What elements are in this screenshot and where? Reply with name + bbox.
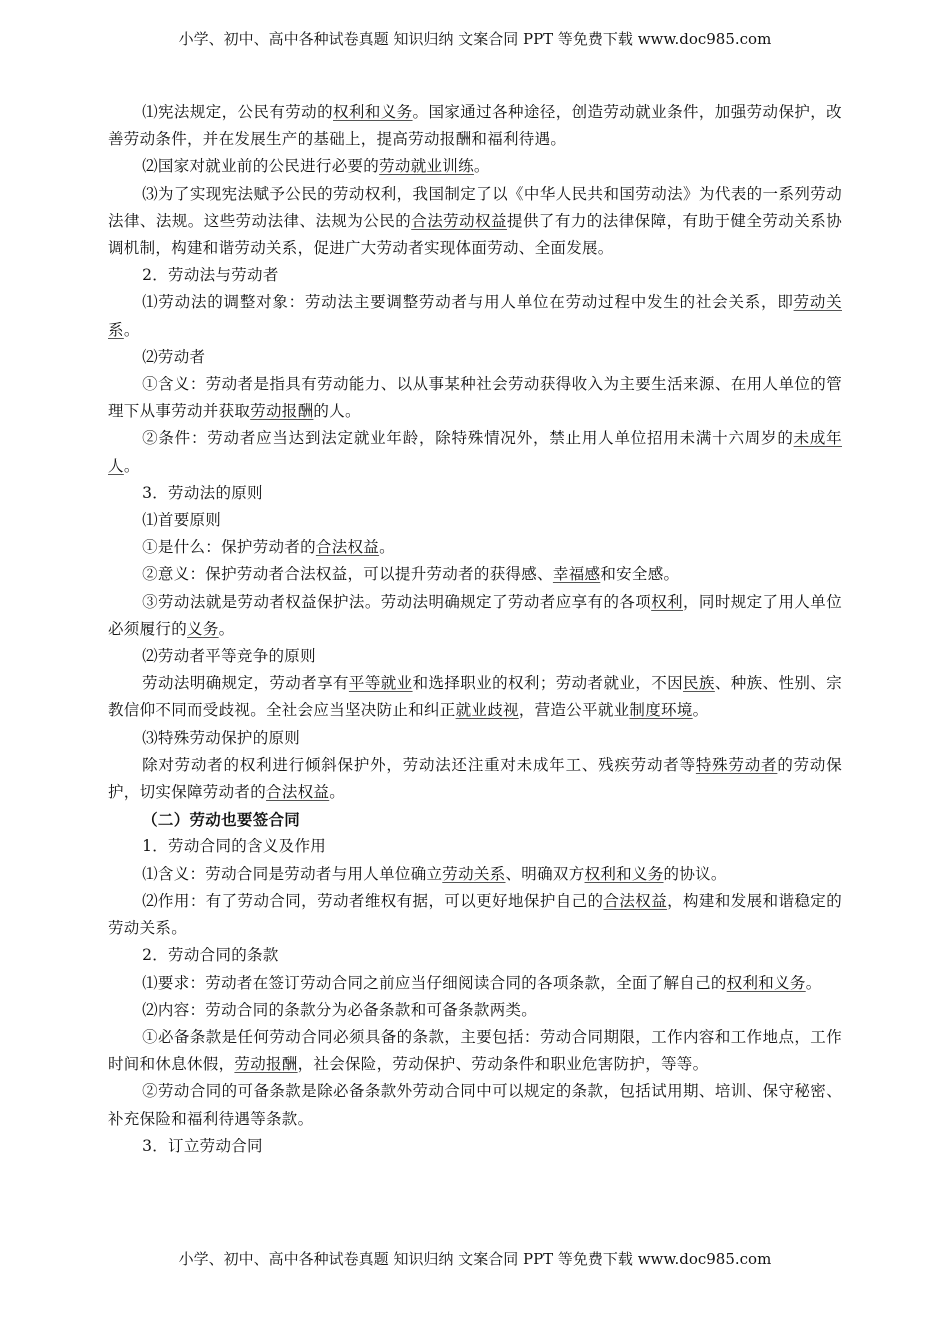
key-term: 就业歧视 <box>456 701 519 719</box>
key-term: 劳动报酬 <box>234 1055 297 1073</box>
key-term: 权利 <box>651 593 683 611</box>
paragraph: ⑴宪法规定，公民有劳动的权利和义务。国家通过各种途径，创造劳动就业条件，加强劳动… <box>108 99 842 153</box>
text-run: ①含义：劳动者是指具有劳动能力、以从事某种社会劳动获得收入为主要生活来源、在用人… <box>108 375 842 420</box>
text-run: 。 <box>693 701 709 719</box>
text-run: ②劳动合同的可备条款是除必备条款外劳动合同中可以规定的条款，包括试用期、培训、保… <box>108 1082 842 1127</box>
text-run: 。 <box>806 974 822 992</box>
page-footer: 小学、初中、高中各种试卷真题 知识归纳 文案合同 PPT 等免费下载 www.d… <box>0 1248 950 1269</box>
text-run: 和安全感。 <box>600 565 679 583</box>
paragraph: ①含义：劳动者是指具有劳动能力、以从事某种社会劳动获得收入为主要生活来源、在用人… <box>108 371 842 425</box>
text-run: ⑵内容：劳动合同的条款分为必备条款和可备条款两类。 <box>142 1001 537 1019</box>
text-run: 。 <box>124 457 140 475</box>
text-run: ⑵国家对就业前的公民进行必要的 <box>142 157 379 175</box>
text-run: 3．劳动法的原则 <box>142 484 263 502</box>
text-run: ⑴劳动法的调整对象：劳动法主要调整劳动者与用人单位在劳动过程中发生的社会关系，即 <box>142 293 794 311</box>
section-heading: （二）劳动也要签合同 <box>108 806 842 833</box>
key-term: 劳动报酬 <box>250 402 313 420</box>
paragraph: ②意义：保护劳动者合法权益，可以提升劳动者的获得感、幸福感和安全感。 <box>108 561 842 588</box>
key-term: 平等就业 <box>349 674 413 692</box>
paragraph: ⑵劳动者 <box>108 344 842 371</box>
text-run: ③劳动法就是劳动者权益保护法。劳动法明确规定了劳动者应享有的各项 <box>142 593 651 611</box>
key-term: 权利和义务 <box>727 974 806 992</box>
text-run: 、明确双方 <box>506 865 585 883</box>
key-term: 劳动关系 <box>442 865 505 883</box>
key-term: 幸福感 <box>553 565 600 583</box>
paragraph: ①是什么：保护劳动者的合法权益。 <box>108 534 842 561</box>
text-run: 3．订立劳动合同 <box>142 1137 263 1155</box>
paragraph: 1．劳动合同的含义及作用 <box>108 833 842 860</box>
paragraph: ③劳动法就是劳动者权益保护法。劳动法明确规定了劳动者应享有的各项权利，同时规定了… <box>108 589 842 643</box>
text-run: 。 <box>219 620 235 638</box>
paragraph: 3．订立劳动合同 <box>108 1133 842 1160</box>
text-run: ②意义：保护劳动者合法权益，可以提升劳动者的获得感、 <box>142 565 553 583</box>
text-run: ⑵作用：有了劳动合同，劳动者维权有据，可以更好地保护自己的 <box>142 892 603 910</box>
text-run: ⑵劳动者 <box>142 348 205 366</box>
text-run: ①是什么：保护劳动者的 <box>142 538 316 556</box>
key-term: 权利和义务 <box>585 865 664 883</box>
paragraph: ①必备条款是任何劳动合同必须具备的条款，主要包括：劳动合同期限，工作内容和工作地… <box>108 1024 842 1078</box>
text-run: 2．劳动合同的条款 <box>142 946 279 964</box>
paragraph: 除对劳动者的权利进行倾斜保护外，劳动法还注重对未成年工、残疾劳动者等特殊劳动者的… <box>108 752 842 806</box>
paragraph: 劳动法明确规定，劳动者享有平等就业和选择职业的权利；劳动者就业，不因民族、种族、… <box>108 670 842 724</box>
key-term: 劳动就业训练 <box>379 157 474 175</box>
text-run: （二）劳动也要签合同 <box>142 810 300 829</box>
text-run: ⑴含义：劳动合同是劳动者与用人单位确立 <box>142 865 442 883</box>
document-body: ⑴宪法规定，公民有劳动的权利和义务。国家通过各种途径，创造劳动就业条件，加强劳动… <box>108 99 842 1160</box>
key-term: 义务 <box>187 620 219 638</box>
paragraph: ⑶特殊劳动保护的原则 <box>108 725 842 752</box>
key-term: 民族 <box>683 674 715 692</box>
text-run: ，营造公平就业 <box>519 701 630 719</box>
text-run: 。 <box>124 321 140 339</box>
key-term: 权利和义务 <box>333 103 413 121</box>
paragraph: ⑵国家对就业前的公民进行必要的劳动就业训练。 <box>108 153 842 180</box>
text-run: 除对劳动者的权利进行倾斜保护外，劳动法还注重对未成年工、残疾劳动者等 <box>142 756 696 774</box>
text-run: 和选择职业的权利；劳动者就业，不因 <box>413 674 683 692</box>
text-run: ⑴宪法规定，公民有劳动的 <box>142 103 333 121</box>
key-term: 特殊劳动者 <box>696 756 777 774</box>
text-run: 。 <box>379 538 395 556</box>
key-term: 合法权益 <box>316 538 379 556</box>
key-term: 合法劳动权益 <box>411 212 507 230</box>
paragraph: ⑵内容：劳动合同的条款分为必备条款和可备条款两类。 <box>108 997 842 1024</box>
text-run: ⑶特殊劳动保护的原则 <box>142 729 300 747</box>
text-run: ⑴首要原则 <box>142 511 221 529</box>
paragraph: ⑴含义：劳动合同是劳动者与用人单位确立劳动关系、明确双方权利和义务的协议。 <box>108 861 842 888</box>
text-run: 。 <box>329 783 345 801</box>
paragraph: ⑴劳动法的调整对象：劳动法主要调整劳动者与用人单位在劳动过程中发生的社会关系，即… <box>108 289 842 343</box>
text-run: 的协议。 <box>664 865 727 883</box>
text-run: 劳动法明确规定，劳动者享有 <box>142 674 349 692</box>
paragraph: ⑴要求：劳动者在签订劳动合同之前应当仔细阅读合同的各项条款，全面了解自己的权利和… <box>108 970 842 997</box>
paragraph: ②条件：劳动者应当达到法定就业年龄，除特殊情况外，禁止用人单位招用未满十六周岁的… <box>108 425 842 479</box>
paragraph: ⑶为了实现宪法赋予公民的劳动权利，我国制定了以《中华人民共和国劳动法》为代表的一… <box>108 181 842 263</box>
page-header: 小学、初中、高中各种试卷真题 知识归纳 文案合同 PPT 等免费下载 www.d… <box>0 28 950 49</box>
paragraph: 2．劳动法与劳动者 <box>108 262 842 289</box>
text-run: ⑵劳动者平等竞争的原则 <box>142 647 316 665</box>
text-run: 2．劳动法与劳动者 <box>142 266 279 284</box>
paragraph: ⑵作用：有了劳动合同，劳动者维权有据，可以更好地保护自己的合法权益，构建和发展和… <box>108 888 842 942</box>
key-term: 合法权益 <box>266 783 329 801</box>
text-run: ⑴要求：劳动者在签订劳动合同之前应当仔细阅读合同的各项条款，全面了解自己的 <box>142 974 727 992</box>
text-run: 1．劳动合同的含义及作用 <box>142 837 326 855</box>
key-term: 制度环境 <box>629 701 692 719</box>
text-run: ②条件：劳动者应当达到法定就业年龄，除特殊情况外，禁止用人单位招用未满十六周岁的 <box>142 429 794 447</box>
paragraph: 3．劳动法的原则 <box>108 480 842 507</box>
paragraph: ⑵劳动者平等竞争的原则 <box>108 643 842 670</box>
paragraph: ②劳动合同的可备条款是除必备条款外劳动合同中可以规定的条款，包括试用期、培训、保… <box>108 1078 842 1132</box>
text-run: 。 <box>474 157 490 175</box>
paragraph: ⑴首要原则 <box>108 507 842 534</box>
text-run: 的人。 <box>313 402 360 420</box>
key-term: 合法权益 <box>603 892 667 910</box>
text-run: ，社会保险，劳动保护、劳动条件和职业危害防护，等等。 <box>298 1055 709 1073</box>
paragraph: 2．劳动合同的条款 <box>108 942 842 969</box>
